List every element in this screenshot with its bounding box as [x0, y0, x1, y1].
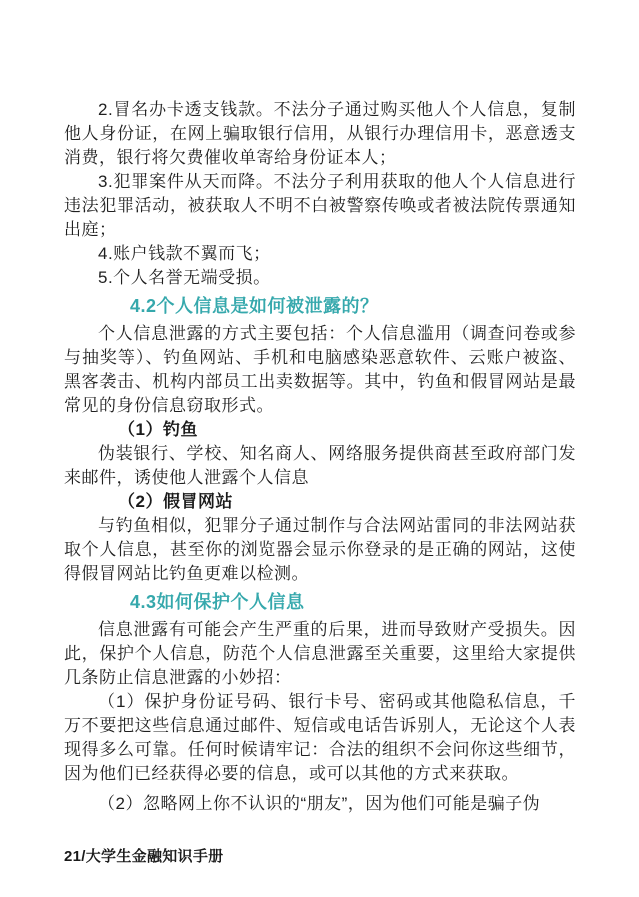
subheading-phishing: （1）钓鱼 — [64, 418, 576, 442]
paragraph-leak-methods: 个人信息泄露的方式主要包括：个人信息滥用（调查问卷或参与抽奖等）、钓鱼网站、手机… — [64, 322, 576, 418]
paragraph-phishing-description: 伪装银行、学校、知名商人、网络服务提供商甚至政府部门发来邮件，诱使他人泄露个人信… — [64, 442, 576, 490]
page-content: 2.冒名办卡透支钱款。不法分子通过购买他人个人信息，复制他人身份证，在网上骗取银… — [64, 98, 576, 816]
document-page: 2.冒名办卡透支钱款。不法分子通过购买他人个人信息，复制他人身份证，在网上骗取银… — [0, 0, 639, 897]
paragraph-protection-intro: 信息泄露有可能会产生严重的后果，进而导致财产受损失。因此，保护个人信息，防范个人… — [64, 618, 576, 690]
paragraph-impersonation-card: 2.冒名办卡透支钱款。不法分子通过购买他人个人信息，复制他人身份证，在网上骗取银… — [64, 98, 576, 170]
paragraph-tip-2: （2）忽略网上你不认识的“朋友”，因为他们可能是骗子伪 — [64, 792, 576, 816]
paragraph-fake-website-description: 与钓鱼相似，犯罪分子通过制作与合法网站雷同的非法网站获取个人信息，甚至你的浏览器… — [64, 514, 576, 586]
paragraph-tip-1: （1）保护身份证号码、银行卡号、密码或其他隐私信息，千万不要把这些信息通过邮件、… — [64, 690, 576, 786]
section-heading-4-3: 4.3如何保护个人信息 — [64, 589, 576, 615]
page-footer: 21/大学生金融知识手册 — [64, 847, 223, 867]
paragraph-reputation: 5.个人名誉无端受损。 — [64, 266, 576, 290]
subheading-fake-website: （2）假冒网站 — [64, 490, 576, 514]
page-number-label: 21/大学生金融知识手册 — [64, 848, 223, 865]
section-heading-4-2: 4.2个人信息是如何被泄露的？ — [64, 293, 576, 319]
paragraph-account-money: 4.账户钱款不翼而飞； — [64, 242, 576, 266]
paragraph-crime-cases: 3.犯罪案件从天而降。不法分子利用获取的他人个人信息进行违法犯罪活动，被获取人不… — [64, 170, 576, 242]
